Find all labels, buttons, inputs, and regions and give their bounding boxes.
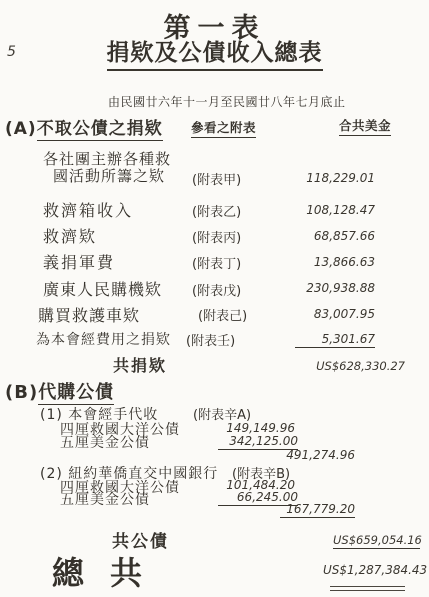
document-title-line2: 捐欵及公債收入總表 bbox=[107, 40, 323, 71]
row-amount: 108,128.47 bbox=[278, 203, 375, 217]
bond-row-label: 五厘美金公債 bbox=[60, 432, 150, 452]
bond-row-label: 五厘美金公債 bbox=[60, 489, 150, 509]
document-subtitle-date-range: 由民國廿六年十一月至民國廿八年七月底止 bbox=[108, 93, 346, 110]
row-amount: 83,007.95 bbox=[278, 307, 375, 321]
row-amount: 68,857.66 bbox=[278, 229, 375, 243]
section-b-heading: (B)代購公債 bbox=[5, 378, 114, 404]
row-label: 為本會經費用之捐欵 bbox=[36, 329, 171, 349]
donations-total-amount: US$628,330.27 bbox=[297, 359, 405, 373]
bonds-total-amount: US$659,054.16 bbox=[333, 533, 420, 549]
grand-total-amount: US$1,287,384.43 bbox=[323, 563, 420, 577]
row-amount: 13,866.63 bbox=[278, 255, 375, 269]
row-amount: 118,229.01 bbox=[278, 171, 375, 185]
section-a-title: 不取公債之捐欵 bbox=[37, 119, 163, 141]
scanned-document-page: 5 第一表 捐欵及公債收入總表 由民國廿六年十一月至民國廿八年七月底止 (A)不… bbox=[0, 0, 429, 597]
bond-group-subtotal: 491,274.96 bbox=[280, 448, 355, 462]
row-label: 救濟箱收入 bbox=[43, 198, 133, 221]
row-amount: 230,938.88 bbox=[278, 281, 375, 295]
section-b-title: 代購公債 bbox=[38, 382, 114, 405]
row-label: 購買救護車欵 bbox=[38, 303, 140, 326]
grand-total-double-rule bbox=[330, 586, 405, 591]
bond-row-amount: 149,149.96 bbox=[215, 421, 295, 435]
row-appendix: (附表甲) bbox=[192, 169, 241, 188]
row-appendix: (附表乙) bbox=[192, 201, 241, 220]
grand-total-label: 總共 bbox=[52, 548, 168, 594]
row-appendix: (附表丁) bbox=[192, 253, 241, 272]
row-appendix: (附表壬) bbox=[186, 330, 235, 349]
section-a-heading: (A)不取公債之捐欵 bbox=[5, 114, 163, 139]
donations-total-label: 共捐欵 bbox=[113, 353, 167, 376]
column-header-amount: 合共美金 bbox=[339, 116, 391, 136]
row-appendix: (附表己) bbox=[198, 305, 247, 324]
row-label: 義捐軍費 bbox=[43, 250, 115, 273]
row-label-line2: 國活動所籌之欵 bbox=[53, 165, 165, 186]
row-amount: 5,301.67 bbox=[295, 332, 375, 348]
section-a-prefix: (A) bbox=[5, 119, 37, 139]
row-label: 廣東人民購機欵 bbox=[43, 277, 162, 300]
row-appendix: (附表戊) bbox=[192, 280, 241, 299]
section-b-prefix: (B) bbox=[5, 382, 38, 403]
row-label: 救濟欵 bbox=[43, 224, 97, 247]
row-appendix: (附表丙) bbox=[192, 227, 241, 246]
bond-group-subtotal: 167,779.20 bbox=[280, 502, 355, 518]
document-title-line2-wrap: 捐欵及公債收入總表 bbox=[0, 34, 429, 67]
column-header-appendix: 參看之附表 bbox=[191, 118, 256, 138]
